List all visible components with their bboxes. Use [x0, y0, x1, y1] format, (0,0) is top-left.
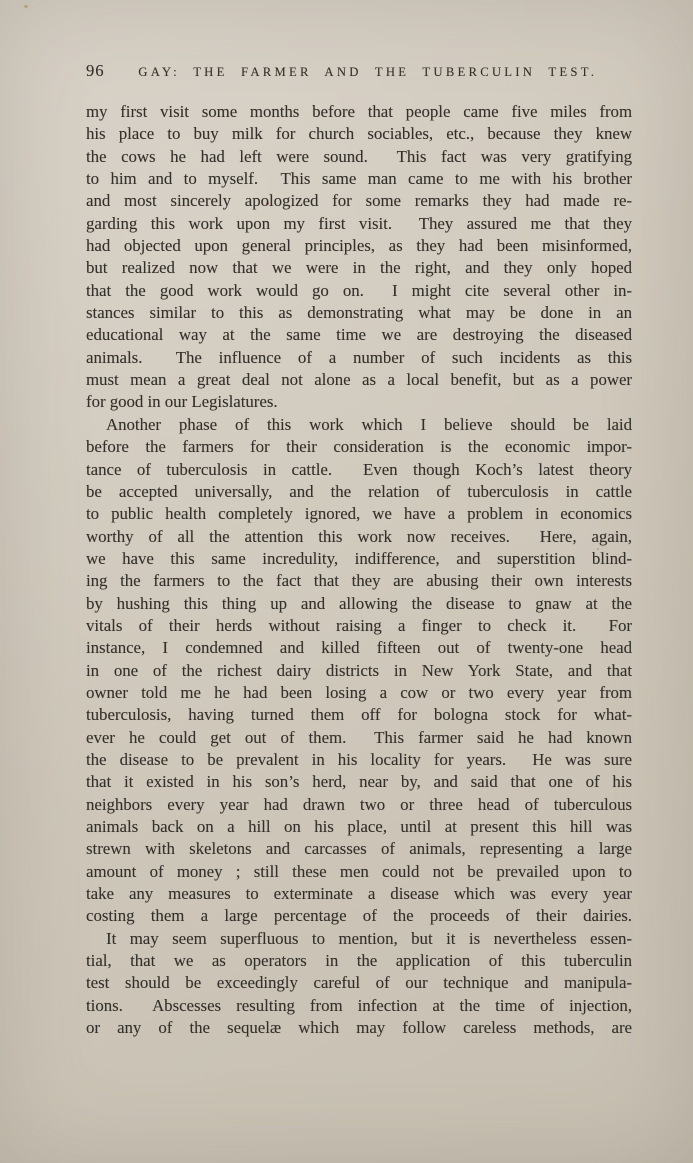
text-line: that the good work would go on. I might …: [86, 280, 632, 302]
paragraph: my first visit some months before that p…: [86, 101, 632, 414]
page-header: 96 GAY: THE FARMER AND THE TUBERCULIN TE…: [86, 61, 631, 81]
scanned-book-page: 96 GAY: THE FARMER AND THE TUBERCULIN TE…: [0, 0, 693, 1163]
text-line: ing the farmers to the fact that they ar…: [86, 570, 632, 592]
text-line: be accepted universally, and the relatio…: [86, 481, 632, 503]
text-line: but realized now that we were in the rig…: [86, 257, 632, 279]
text-line: for good in our Legislatures.: [86, 391, 632, 413]
text-line: the disease to be prevalent in his local…: [86, 749, 632, 771]
text-line: must mean a great deal not alone as a lo…: [86, 369, 632, 391]
text-line: tial, that we as operators in the applic…: [86, 950, 632, 972]
text-line: vitals of their herds without raising a …: [86, 615, 632, 637]
text-line: stances similar to this as demonstrating…: [86, 302, 632, 324]
text-line: garding this work upon my first visit. T…: [86, 213, 632, 235]
text-line: or any of the sequelæ which may follow c…: [86, 1017, 632, 1039]
text-line: to him and to myself. This same man came…: [86, 168, 632, 190]
text-line: animals back on a hill on his place, unt…: [86, 816, 632, 838]
text-line: costing them a large percentage of the p…: [86, 905, 632, 927]
text-line: tions. Abscesses resulting from infectio…: [86, 995, 632, 1017]
text-line: animals. The influence of a number of su…: [86, 347, 632, 369]
text-line: take any measures to exterminate a disea…: [86, 883, 632, 905]
text-line: worthy of all the attention this work no…: [86, 526, 632, 548]
text-line: before the farmers for their considerati…: [86, 436, 632, 458]
text-line: we have this same incredulity, indiffere…: [86, 548, 632, 570]
paragraph: Another phase of this work which I belie…: [86, 414, 632, 928]
text-line: his place to buy milk for church sociabl…: [86, 123, 632, 145]
text-line: neighbors every year had drawn two or th…: [86, 794, 632, 816]
running-head: GAY: THE FARMER AND THE TUBERCULIN TEST.: [105, 65, 632, 80]
text-line: to public health completely ignored, we …: [86, 503, 632, 525]
text-line: Another phase of this work which I belie…: [86, 414, 632, 436]
text-line: by hushing this thing up and allowing th…: [86, 593, 632, 615]
text-line: had objected upon general principles, as…: [86, 235, 632, 257]
text-line: in one of the richest dairy districts in…: [86, 660, 632, 682]
text-line: educational way at the same time we are …: [86, 324, 632, 346]
page-number: 96: [86, 61, 105, 81]
text-line: test should be exceedingly careful of ou…: [86, 972, 632, 994]
text-line: the cows he had left were sound. This fa…: [86, 146, 632, 168]
text-line: owner told me he had been losing a cow o…: [86, 682, 632, 704]
text-line: It may seem superfluous to mention, but …: [86, 928, 632, 950]
text-line: and most sincerely apologized for some r…: [86, 190, 632, 212]
text-line: ever he could get out of them. This farm…: [86, 727, 632, 749]
page-body: my first visit some months before that p…: [86, 101, 632, 1039]
text-line: instance, I condemned and killed fifteen…: [86, 637, 632, 659]
text-line: tuberculosis, having turned them off for…: [86, 704, 632, 726]
text-line: that it existed in his son’s herd, near …: [86, 771, 632, 793]
text-line: my first visit some months before that p…: [86, 101, 632, 123]
text-line: strewn with skeletons and carcasses of a…: [86, 838, 632, 860]
paragraph: It may seem superfluous to mention, but …: [86, 928, 632, 1040]
text-line: tance of tuberculosis in cattle. Even th…: [86, 459, 632, 481]
scan-speck: [24, 5, 28, 8]
text-line: amount of money ; still these men could …: [86, 861, 632, 883]
